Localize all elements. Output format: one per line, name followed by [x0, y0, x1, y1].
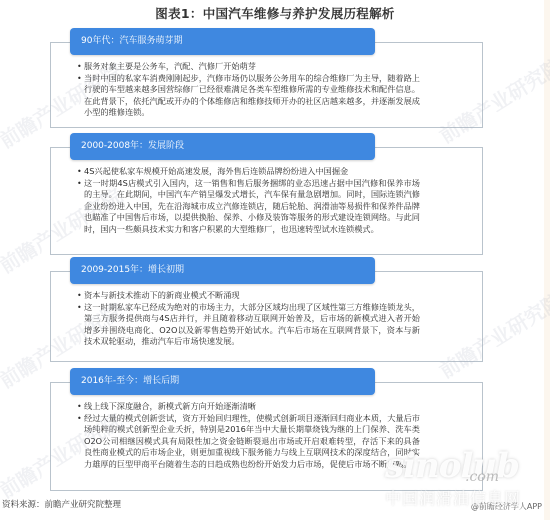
- bullet-item: 线上线下深度融合，新模式新方向开始逐渐清晰: [78, 401, 420, 413]
- app-credit: @前瞻经济学人APP: [471, 501, 542, 512]
- stage-header-1990s: 90年代：汽车服务萌芽期: [70, 28, 375, 55]
- figure-title: 图表1：中国汽车维修与养护发展历程解析: [0, 4, 550, 22]
- source-note: 资料来源：前瞻产业研究院整理: [2, 498, 121, 510]
- stage-bullets-2009-2015: 资本与新技术推动下的新商业模式不断涌现 这一时期私家车已经成为绝对的市场主力，大…: [78, 290, 420, 348]
- stage-bullets-2016-present: 线上线下深度融合，新模式新方向开始逐渐清晰 经过大量的模式创新尝试，资方开始回归…: [78, 401, 420, 471]
- stage-bullets-1990s: 服务对象主要是公务车，汽配、汽修厂开始萌芽 当时中国的私家车消费刚刚起步，汽修市…: [78, 61, 420, 119]
- bullet-item: 服务对象主要是公务车，汽配、汽修厂开始萌芽: [78, 61, 420, 73]
- bullet-item: 这一时期私家车已经成为绝对的市场主力，大部分区域均出现了区域性第三方维修连锁龙头…: [78, 302, 420, 348]
- bullet-item: 当时中国的私家车消费刚刚起步，汽修市场仍以服务公务用车的综合维修厂为主导，随着路…: [78, 73, 420, 119]
- bullet-item: 4S兴起使私家车规模开始高速发展，海外售后连锁品牌纷纷进入中国掘金: [78, 166, 420, 178]
- stage-bullets-2000-2008: 4S兴起使私家车规模开始高速发展，海外售后连锁品牌纷纷进入中国掘金 这一时期4S…: [78, 166, 420, 236]
- stage-header-2016-present: 2016年-至今：增长后期: [70, 368, 375, 395]
- bullet-item: 这一时期4S店模式引入国内，这一销售和售后服务捆绑的业态迅速占据中国汽修和保养市…: [78, 178, 420, 236]
- bullet-item: 经过大量的模式创新尝试，资方开始回归理性，使模式创新项目逐渐回归商业本质，大量后…: [78, 413, 420, 471]
- stage-header-2000-2008: 2000-2008年：发展阶段: [70, 133, 375, 160]
- bullet-item: 资本与新技术推动下的新商业模式不断涌现: [78, 290, 420, 302]
- right-edge-strip: [544, 0, 550, 520]
- stage-header-2009-2015: 2009-2015年：增长初期: [70, 257, 375, 284]
